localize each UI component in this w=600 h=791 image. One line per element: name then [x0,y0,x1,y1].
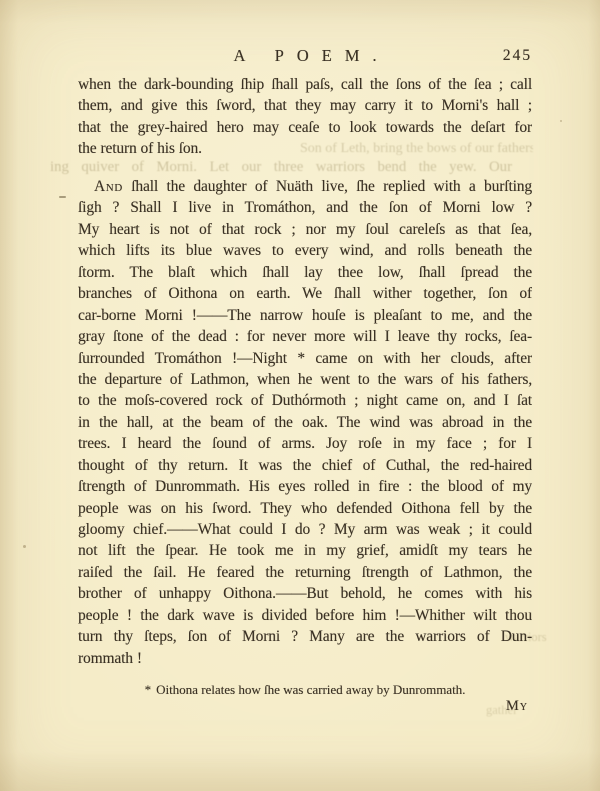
book-page-scan: Son of Leth, bring the bows of our fathe… [0,0,600,791]
footnote-text: Oithona relates how ſhe was carried away… [156,682,465,697]
text-line: turn thy ſteps, ſon of Morni ? Many are … [78,626,532,647]
text-line: in the hall, at the beam of the oak. The… [78,412,532,433]
running-head: A POEM. 245 [78,46,532,70]
text-line: branches of Oithona on earth. We ſhall w… [78,283,532,304]
text-line: car-borne Morni !——The narrow houſe is p… [78,305,532,326]
text-line: rommath ! [78,648,532,669]
text-line: ſtorm. The blaſt which ſhall lay thee lo… [78,262,532,283]
footnote: *Oithona relates how ſhe was carried awa… [78,682,532,698]
paragraph-1: when the dark-bounding ſhip ſhall paſs, … [78,74,532,160]
paper-speck [59,196,66,198]
text-line: not lift the ſpear. He took me in my gri… [78,540,532,561]
paper-speck [23,545,26,548]
text-line: the departure of Lathmon, when he went t… [78,369,532,390]
page-number: 245 [503,47,532,65]
text-line: My heart is not of that rock ; nor my ſo… [78,219,532,240]
text-line: which lifts its blue waves to every wind… [78,240,532,261]
text-line: brother of unhappy Oithona.——But behold,… [78,583,532,604]
paper-speck [560,120,562,122]
text-line: ſigh ? Shall I live in Tromáthon, and th… [78,197,532,218]
text-line: thought of thy return. It was the chief … [78,455,532,476]
text-line: gray ſtone of the dead : for never more … [78,326,532,347]
catchword: My [506,698,528,715]
text-line: to the moſs-covered rock of Duthórmoth ;… [78,390,532,411]
text-line: the return of his ſon. [78,138,532,159]
text-line: gloomy chief.——What could I do ? My arm … [78,519,532,540]
text-line: them, and give this ſword, that they may… [78,95,532,116]
text-line: when the dark-bounding ſhip ſhall paſs, … [78,74,532,95]
text-line: trees. I heard the ſound of arms. Joy ro… [78,433,532,454]
text-line: that the grey-haired hero may ceaſe to l… [78,117,532,138]
text-line: ſtrength of Dunrommath. His eyes rolled … [78,476,532,497]
text-line: And ſhall the daughter of Nuäth live, ſh… [78,176,532,197]
text-line: ſurrounded Tromáthon !—Night * came on w… [78,348,532,369]
paragraph-2: And ſhall the daughter of Nuäth live, ſh… [78,176,532,669]
page-title: A POEM. [78,46,532,66]
text-line: people was on his ſword. They who defend… [78,498,532,519]
footnote-asterisk: * [145,682,157,697]
text-line: people ! the dark wave is divided before… [78,605,532,626]
paragraph-opening-word: And [94,178,123,195]
text-line-rest: ſhall the daughter of Nuäth live, ſhe re… [131,178,532,195]
text-line: raiſed the ſail. He feared the returning… [78,562,532,583]
